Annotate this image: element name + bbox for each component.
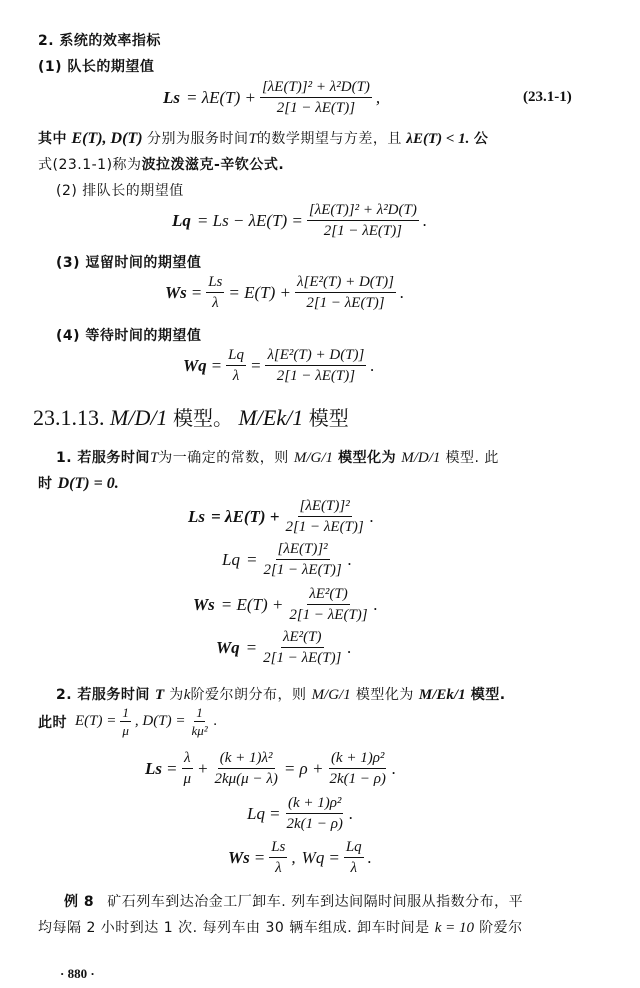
text: 为一确定的常数，则 — [158, 450, 289, 466]
model-name: M/Ek/1 — [238, 405, 303, 430]
text: 此时 — [38, 712, 67, 732]
text: 矿石列车到达冶金工厂卸车. 列车到达间隔时间服从指数分布，平 — [107, 894, 523, 910]
item-4-label: (4) 等待时间的期望值 — [56, 325, 201, 345]
numerator: λE²(T) — [307, 585, 350, 605]
denominator: 2[1 − λE(T)] — [275, 98, 357, 117]
text: 均每隔 2 小时到达 1 次. 每列车由 30 辆车组成. 卸车时间是 — [38, 920, 430, 936]
punct: . — [347, 638, 351, 658]
math: λE(T) < 1. — [406, 131, 469, 147]
md1-equation-lq: Lq = [λE(T)]²2[1 − λE(T)] . — [222, 540, 352, 579]
denominator: 2[1 − λE(T)] — [275, 366, 357, 385]
text: 2. 若服务时间 — [56, 687, 150, 703]
punct: . — [400, 283, 404, 303]
punct: . — [392, 759, 396, 779]
numerator: λ[E²(T) + D(T)] — [295, 273, 396, 293]
punct: . — [423, 211, 427, 231]
example-label: 例 8 — [64, 894, 94, 910]
text: 模型. — [471, 687, 506, 703]
rhs: = Ls − λE(T) = — [197, 211, 303, 231]
text: 模型。 — [173, 406, 233, 430]
paragraph-2-line-2: 此时 E(T) = 1μ , D(T) = 1kμ² . — [38, 705, 217, 738]
equation-23-1-1: Ls = λE(T) + [λE(T)]² + λ²D(T)2[1 − λE(T… — [163, 78, 380, 117]
mek1-equation-w: Ws = Lsλ , Wq = Lqλ . — [228, 838, 372, 877]
lhs: Wq — [183, 356, 207, 376]
denominator: μ — [181, 769, 193, 788]
math: k = 10 — [435, 920, 474, 936]
plus: + — [197, 759, 208, 779]
md1-equation-ws: Ws = E(T) + λE²(T)2[1 − λE(T)] . — [193, 585, 378, 624]
denominator: 2kμ(μ − λ) — [213, 769, 280, 788]
lhs: Lq — [222, 550, 240, 570]
numerator: (k + 1)ρ² — [286, 794, 343, 814]
punct: . — [374, 595, 378, 615]
text: 为 — [169, 687, 184, 703]
punct: . — [370, 356, 374, 376]
paragraph-2-line-1: 2. 若服务时间 T 为k阶爱尔朗分布，则 M/G/1 模型化为 M/Ek/1 … — [56, 684, 506, 704]
equals: = — [246, 550, 257, 570]
numerator: [λE(T)]² — [298, 497, 352, 517]
text: 模型化为 — [356, 687, 414, 703]
equation-number: (23.1-1) — [523, 89, 572, 106]
page-number: · 880 · — [60, 966, 95, 982]
denominator: μ — [120, 722, 131, 738]
denominator: 2[1 − λE(T)] — [261, 648, 343, 667]
mek1-equation-ls: Ls = λμ + (k + 1)λ²2kμ(μ − λ) = ρ + (k +… — [145, 749, 396, 788]
math: M/G/1 — [312, 687, 351, 703]
math: M/Ek/1 — [419, 687, 466, 703]
math: M/G/1 — [294, 450, 333, 466]
text: 阶爱尔朗分布，则 — [190, 687, 306, 703]
equation-lq: Lq = Ls − λE(T) = [λE(T)]² + λ²D(T)2[1 −… — [172, 201, 427, 240]
lhs: Lq — [172, 211, 191, 231]
denominator: λ — [210, 293, 221, 312]
text: 的数学期望与方差，且 — [257, 131, 402, 147]
text: 其中 — [38, 131, 67, 147]
paragraph-1-line-2: 时 D(T) = 0. — [38, 473, 119, 493]
equation-wq: Wq = Lqλ = λ[E²(T) + D(T)]2[1 − λE(T)] . — [183, 346, 375, 385]
denominator: λ — [273, 858, 284, 877]
lhs: Wq — [216, 638, 240, 658]
rhs: = ρ + — [284, 759, 324, 779]
denominator: 2k(1 − ρ) — [284, 814, 344, 833]
lhs: Ls — [188, 507, 205, 527]
denominator: 2[1 − λE(T)] — [322, 221, 404, 240]
example-line-2: 均每隔 2 小时到达 1 次. 每列车由 30 辆车组成. 卸车时间是 k = … — [38, 917, 523, 937]
text: 模型化为 — [338, 450, 396, 466]
formula-name: 波拉泼滋克-辛钦公式. — [142, 157, 285, 173]
lhs: Wq — [302, 848, 325, 868]
lhs: Ws — [165, 283, 187, 303]
item-2-label: (2) 排队长的期望值 — [56, 180, 184, 200]
math: E(T) = — [75, 713, 116, 730]
numerator: Lq — [344, 838, 364, 858]
denominator: 2[1 − λE(T)] — [304, 293, 386, 312]
mek1-equation-lq: Lq = (k + 1)ρ²2k(1 − ρ) . — [247, 794, 353, 833]
denominator: λ — [231, 366, 242, 385]
section-title: 2. 系统的效率指标 — [38, 30, 161, 50]
rhs: = E(T) + — [221, 595, 284, 615]
math: D(T) = 0. — [58, 475, 119, 492]
md1-equation-wq: Wq = λE²(T)2[1 − λE(T)] . — [216, 628, 352, 667]
numerator: (k + 1)λ² — [218, 749, 275, 769]
math: M/D/1 — [401, 450, 440, 466]
numerator: λ[E²(T) + D(T)] — [265, 346, 366, 366]
numerator: λ — [182, 749, 193, 769]
equals: = — [191, 283, 202, 303]
punct: . — [348, 550, 352, 570]
lhs: Lq — [247, 804, 265, 824]
text: 分别为服务时间 — [147, 131, 249, 147]
numerator: 1 — [120, 705, 131, 722]
text: 阶爱尔 — [479, 920, 523, 936]
item-3-label: (3) 逗留时间的期望值 — [56, 252, 201, 272]
math: T — [249, 131, 257, 147]
punct: . — [370, 507, 374, 527]
lhs: Ws — [193, 595, 215, 615]
model-name: M/D/1 — [110, 405, 167, 430]
math: T — [155, 687, 164, 703]
rhs: = λE(T) + — [186, 88, 256, 108]
numerator: 1 — [194, 705, 205, 722]
equals: = — [250, 356, 261, 376]
note-line-2: 式(23.1-1)称为波拉泼滋克-辛钦公式. — [38, 154, 284, 174]
numerator: [λE(T)]² + λ²D(T) — [260, 78, 372, 98]
math: E(T), D(T) — [71, 130, 142, 147]
lhs: Ls — [163, 88, 180, 107]
text: 公 — [474, 131, 489, 147]
punct: , — [376, 88, 380, 108]
equals: = — [246, 638, 257, 658]
numerator: [λE(T)]² + λ²D(T) — [307, 201, 419, 221]
rhs: = λE(T) + — [211, 507, 279, 527]
denominator: kμ² — [189, 722, 209, 738]
equation-ws: Ws = Lsλ = E(T) + λ[E²(T) + D(T)]2[1 − λ… — [165, 273, 404, 312]
numerator: Ls — [206, 273, 224, 293]
numerator: [λE(T)]² — [276, 540, 330, 560]
denominator: 2[1 − λE(T)] — [287, 605, 369, 624]
text: 式(23.1-1)称为 — [38, 157, 142, 173]
text: 1. 若服务时间 — [56, 450, 150, 466]
math: , D(T) = — [135, 713, 186, 730]
rhs: = E(T) + — [228, 283, 291, 303]
equals: = — [211, 356, 222, 376]
text: 时 — [38, 476, 53, 492]
numerator: Lq — [226, 346, 246, 366]
denominator: 2k(1 − ρ) — [327, 769, 387, 788]
denominator: 2[1 − λE(T)] — [261, 560, 343, 579]
example-line-1: 例 8 矿石列车到达冶金工厂卸车. 列车到达间隔时间服从指数分布，平 — [64, 891, 523, 911]
text: 模型. 此 — [446, 450, 499, 466]
section-heading: 23.1.13. M/D/1 模型。 M/Ek/1 模型 — [33, 402, 349, 431]
separator: , — [291, 848, 295, 868]
item-1-label: (1) 队长的期望值 — [38, 56, 154, 76]
numerator: λE²(T) — [281, 628, 324, 648]
numerator: (k + 1)ρ² — [329, 749, 386, 769]
text: 模型 — [309, 406, 349, 430]
punct: . — [368, 848, 372, 868]
lhs: Ls — [145, 759, 162, 779]
note-line-1: 其中 E(T), D(T) 分别为服务时间T的数学期望与方差，且 λE(T) <… — [38, 128, 488, 148]
denominator: 2[1 − λE(T)] — [283, 517, 365, 536]
punct: . — [349, 804, 353, 824]
punct: . — [214, 713, 218, 730]
paragraph-1-line-1: 1. 若服务时间T为一确定的常数，则 M/G/1 模型化为 M/D/1 模型. … — [56, 447, 499, 467]
md1-equation-ls: Ls = λE(T) + [λE(T)]²2[1 − λE(T)] . — [188, 497, 374, 536]
lhs: Ws — [228, 848, 250, 868]
section-number: 23.1.13. — [33, 405, 105, 430]
numerator: Ls — [269, 838, 287, 858]
denominator: λ — [348, 858, 359, 877]
